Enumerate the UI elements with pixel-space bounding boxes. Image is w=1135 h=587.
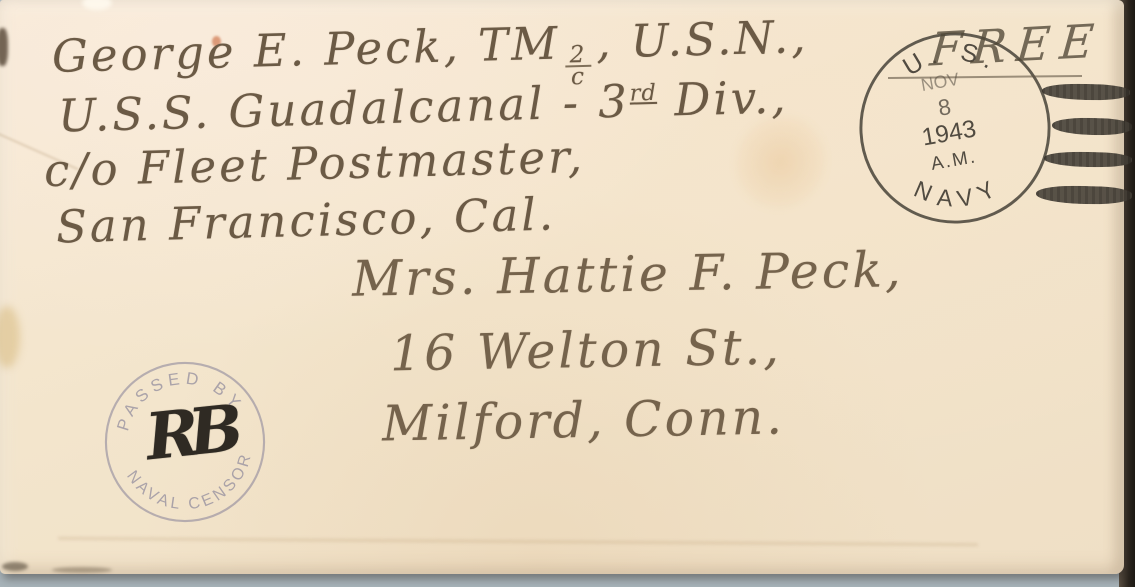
recipient-street: 16 Welton St., bbox=[390, 319, 783, 383]
cancellation-bar bbox=[1042, 83, 1130, 101]
edge-stain bbox=[0, 306, 20, 368]
cancellation-bar bbox=[1044, 151, 1132, 168]
recipient-name: Mrs. Hattie F. Peck, bbox=[352, 241, 904, 308]
return-address-line-4: San Francisco, Cal. bbox=[55, 187, 556, 253]
postmark-day: 8 bbox=[936, 94, 953, 121]
cancellation-bar bbox=[1052, 117, 1132, 136]
censor-initials: RB bbox=[142, 392, 237, 476]
return-address-service: , U.S.N., bbox=[595, 10, 809, 69]
envelope-paper: George E. Peck, TM2c, U.S.N., U.S.S. Gua… bbox=[0, 0, 1124, 574]
bottom-edge-speck bbox=[52, 567, 112, 573]
edge-wear-spot bbox=[0, 28, 8, 66]
bottom-edge-speck bbox=[2, 562, 28, 571]
return-address-name-rank: George E. Peck, TM bbox=[51, 17, 561, 83]
free-frank-marking: FREE bbox=[928, 13, 1106, 76]
envelope-photo: George E. Peck, TM2c, U.S.N., U.S.S. Gua… bbox=[0, 0, 1135, 587]
torn-edge-chip bbox=[82, 0, 112, 10]
svg-text:NAVY: NAVY bbox=[909, 171, 1008, 215]
postmark-meridiem: A.M. bbox=[929, 145, 978, 174]
paper-crease bbox=[58, 537, 978, 546]
ordinal-suffix: rd bbox=[629, 80, 657, 107]
recipient-city-state: Milford, Conn. bbox=[382, 388, 786, 452]
postmark-arc-bottom: NAVY bbox=[909, 171, 1008, 215]
division: Div., bbox=[656, 70, 789, 126]
